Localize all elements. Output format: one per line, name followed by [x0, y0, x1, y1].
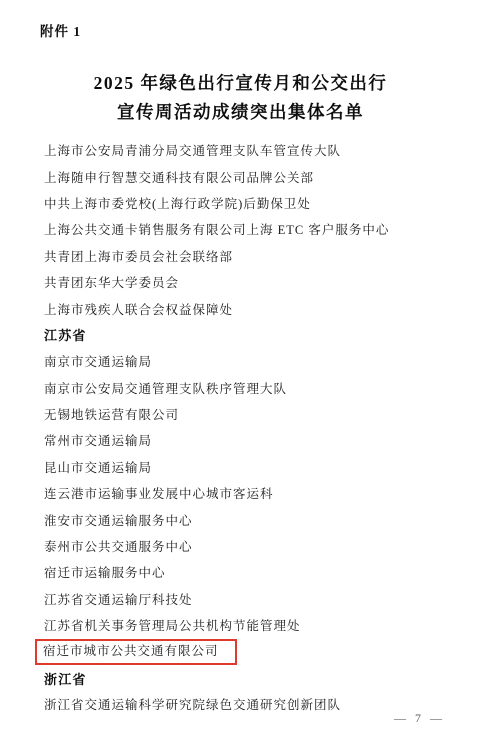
attachment-label: 附件 1 [40, 20, 81, 40]
list-item: 南京市交通运输局 [44, 348, 467, 374]
org-name: 江苏省交通运输厅科技处 [44, 590, 193, 608]
list-item: 常州市交通运输局 [44, 427, 467, 453]
highlighted-org-name: 宿迁市城市公共交通有限公司 [43, 644, 219, 658]
list-item: 宿迁市运输服务中心 [44, 559, 467, 585]
list-item: 江苏省交通运输厅科技处 [44, 586, 467, 612]
org-name: 连云港市运输事业发展中心城市客运科 [44, 484, 274, 502]
list-item: 上海市残疾人联合会权益保障处 [44, 295, 467, 321]
list-item: 上海市公安局青浦分局交通管理支队车管宣传大队 [44, 137, 467, 163]
section-header-zhejiang: 浙江省 [44, 665, 467, 691]
org-name: 宿迁市运输服务中心 [44, 563, 166, 581]
organization-list: 上海市公安局青浦分局交通管理支队车管宣传大队 上海随申行智慧交通科技有限公司品牌… [44, 137, 467, 718]
org-name: 上海随申行智慧交通科技有限公司品牌公关部 [44, 168, 314, 186]
org-name: 常州市交通运输局 [44, 431, 152, 449]
org-name: 南京市交通运输局 [44, 352, 152, 370]
list-item: 昆山市交通运输局 [44, 454, 467, 480]
org-name: 江苏省机关事务管理局公共机构节能管理处 [44, 616, 301, 634]
org-name: 泰州市公共交通服务中心 [44, 537, 193, 555]
highlight-box: 宿迁市城市公共交通有限公司 [35, 639, 237, 665]
page-number: — 7 — [394, 711, 445, 726]
document-title-line2: 宣传周活动成绩突出集体名单 [0, 98, 481, 127]
list-item-highlighted: 宿迁市城市公共交通有限公司 [44, 638, 467, 664]
list-item: 南京市公安局交通管理支队秩序管理大队 [44, 375, 467, 401]
org-name: 共青团上海市委员会社会联络部 [44, 247, 233, 265]
list-item: 共青团上海市委员会社会联络部 [44, 243, 467, 269]
org-name: 浙江省交通运输科学研究院绿色交通研究创新团队 [44, 695, 341, 713]
list-item: 中共上海市委党校(上海行政学院)后勤保卫处 [44, 190, 467, 216]
list-item: 无锡地铁运营有限公司 [44, 401, 467, 427]
list-item: 上海随申行智慧交通科技有限公司品牌公关部 [44, 163, 467, 189]
document-title: 2025 年绿色出行宣传月和公交出行 宣传周活动成绩突出集体名单 [0, 69, 481, 127]
document-page: 附件 1 2025 年绿色出行宣传月和公交出行 宣传周活动成绩突出集体名单 上海… [0, 0, 481, 746]
section-header-label: 浙江省 [44, 669, 87, 688]
list-item: 淮安市交通运输服务中心 [44, 506, 467, 532]
list-item: 连云港市运输事业发展中心城市客运科 [44, 480, 467, 506]
list-item: 泰州市公共交通服务中心 [44, 533, 467, 559]
list-item: 上海公共交通卡销售服务有限公司上海 ETC 客户服务中心 [44, 216, 467, 242]
org-name: 上海市公安局青浦分局交通管理支队车管宣传大队 [44, 141, 341, 159]
org-name: 淮安市交通运输服务中心 [44, 511, 193, 529]
list-item: 共青团东华大学委员会 [44, 269, 467, 295]
org-name: 无锡地铁运营有限公司 [44, 405, 179, 423]
document-title-line1: 2025 年绿色出行宣传月和公交出行 [0, 69, 481, 98]
org-name: 上海公共交通卡销售服务有限公司上海 ETC 客户服务中心 [44, 220, 389, 238]
section-header-label: 江苏省 [44, 325, 87, 344]
org-name: 上海市残疾人联合会权益保障处 [44, 300, 233, 318]
section-header-jiangsu: 江苏省 [44, 322, 467, 348]
org-name: 共青团东华大学委员会 [44, 273, 179, 291]
list-item: 江苏省机关事务管理局公共机构节能管理处 [44, 612, 467, 638]
org-name: 昆山市交通运输局 [44, 458, 152, 476]
org-name: 南京市公安局交通管理支队秩序管理大队 [44, 379, 287, 397]
org-name: 中共上海市委党校(上海行政学院)后勤保卫处 [44, 194, 311, 212]
